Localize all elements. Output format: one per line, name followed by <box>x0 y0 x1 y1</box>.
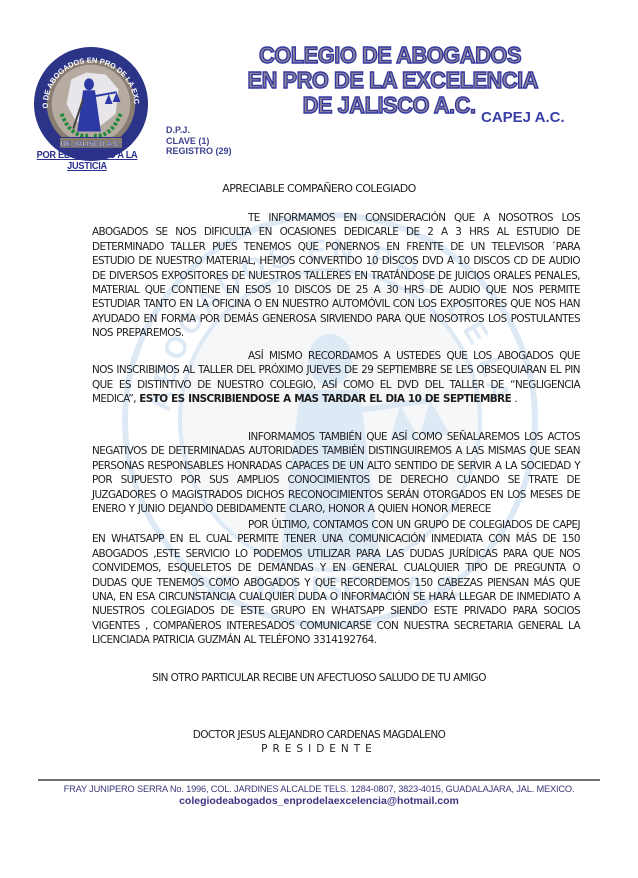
footer-email: colegiodeabogados_enprodelaexcelencia@ho… <box>0 795 638 807</box>
college-seal-logo: COLEGIO DE ABOGADOS EN PRO DE LA EXCELEN… <box>32 45 150 163</box>
logo-motto: POR EL DERECHO A LA JUSTICIA <box>30 150 144 172</box>
registration-registro: REGISTRO (29) <box>166 146 232 157</box>
paragraph-2-end: . <box>511 393 517 405</box>
paragraph-3: INFORMAMOS TAMBIÉN QUE ASÍ COMO SEÑALARE… <box>92 430 580 516</box>
registration-info: D.P.J. CLAVE (1) REGISTRO (29) <box>166 125 232 157</box>
footer-address: FRAY JUNIPERO SERRA No. 1996, COL. JARDI… <box>0 784 638 794</box>
signer-name: DOCTOR JESUS ALEJANDRO CARDENAS MAGDALEN… <box>0 728 638 742</box>
paragraph-1: TE INFORMAMOS EN CONSIDERACIÓN QUE A NOS… <box>92 211 580 341</box>
footer-divider <box>38 779 600 781</box>
letter-greeting: APRECIABLE COMPAÑERO COLEGIADO <box>0 182 638 195</box>
organization-short-name: CAPEJ A.C. <box>481 109 565 126</box>
paragraph-1-text: TE INFORMAMOS EN CONSIDERACIÓN QUE A NOS… <box>92 212 580 339</box>
organization-title: COLEGIO DE ABOGADOS EN PRO DE LA EXCELEN… <box>240 43 540 118</box>
paragraph-4: POR ÚLTIMO, CONTAMOS CON UN GRUPO DE COL… <box>92 518 580 648</box>
paragraph-3-text: INFORMAMOS TAMBIÉN QUE ASÍ COMO SEÑALARE… <box>92 431 580 515</box>
paragraph-2: ASÍ MISMO RECORDAMOS A USTEDES QUE LOS A… <box>92 349 580 407</box>
paragraph-2-deadline: ESTO ES INSCRIBIENDOSE A MAS TARDAR EL D… <box>139 393 511 405</box>
svg-text:DE JALISCO A.C.: DE JALISCO A.C. <box>61 139 122 148</box>
paragraph-4-text: POR ÚLTIMO, CONTAMOS CON UN GRUPO DE COL… <box>92 519 580 646</box>
registration-dpj: D.P.J. <box>166 125 232 136</box>
signature-block: DOCTOR JESUS ALEJANDRO CARDENAS MAGDALEN… <box>0 728 638 756</box>
title-line-2: EN PRO DE LA EXCELENCIA <box>248 68 533 93</box>
title-line-1: COLEGIO DE ABOGADOS <box>248 43 533 68</box>
letter-page: COLEGIO DE ABOGADOS EN PRO DE LA EXCELEN… <box>0 0 638 878</box>
signer-role: PRESIDENTE <box>0 742 638 756</box>
letter-closing: SIN OTRO PARTICULAR RECIBE UN AFECTUOSO … <box>0 672 638 684</box>
registration-clave: CLAVE (1) <box>166 136 232 147</box>
